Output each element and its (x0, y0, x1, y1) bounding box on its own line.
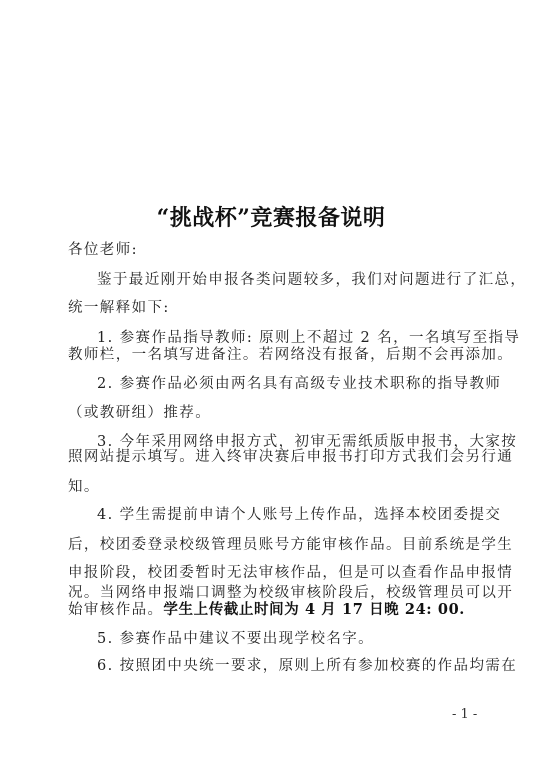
item-4-line-1: 4. 学生需提前申请个人账号上传作品，选择本校团委提交 (97, 503, 517, 524)
item-4-line-3: 申报阶段，校团委暂时无法审核作品，但是可以查看作品申报情 (68, 561, 488, 582)
document-page: “挑战杯”竞赛报备说明 各位老师: 鉴于最近刚开始申报各类问题较多，我们对问题进… (0, 0, 542, 768)
intro-line-2: 统一解释如下: (68, 296, 488, 317)
item-1-line-2: 教师栏，一名填写进备注。若网络没有报备，后期不会再添加。 (68, 343, 488, 364)
item-5-line-1: 5. 参赛作品中建议不要出现学校名字。 (97, 627, 517, 648)
item-4-line-5-text: 始审核作品。 (68, 602, 163, 618)
deadline-notice: 学生上传截止时间为 4 月 17 日晚 24: 00. (163, 601, 465, 618)
item-3-line-3: 知。 (68, 475, 488, 496)
item-6-line-1: 6. 按照团中央统一要求，原则上所有参加校赛的作品均需在 (97, 654, 517, 675)
intro-line-1: 鉴于最近刚开始申报各类问题较多，我们对问题进行了汇总， (97, 268, 517, 289)
document-title: “挑战杯”竞赛报备说明 (0, 201, 542, 232)
item-2-line-1: 2. 参赛作品必须由两名具有高级专业技术职称的指导教师 (97, 372, 517, 393)
page-number: - 1 - (452, 707, 477, 722)
item-4-line-5: 始审核作品。学生上传截止时间为 4 月 17 日晚 24: 00. (68, 598, 488, 619)
item-3-line-2: 照网站提示填写。进入终审决赛后申报书打印方式我们会另行通 (68, 445, 488, 466)
salutation: 各位老师: (68, 238, 488, 259)
item-4-line-2: 后，校团委登录校级管理员账号方能审核作品。目前系统是学生 (68, 533, 488, 554)
item-2-line-2: （或教研组）推荐。 (68, 401, 488, 422)
